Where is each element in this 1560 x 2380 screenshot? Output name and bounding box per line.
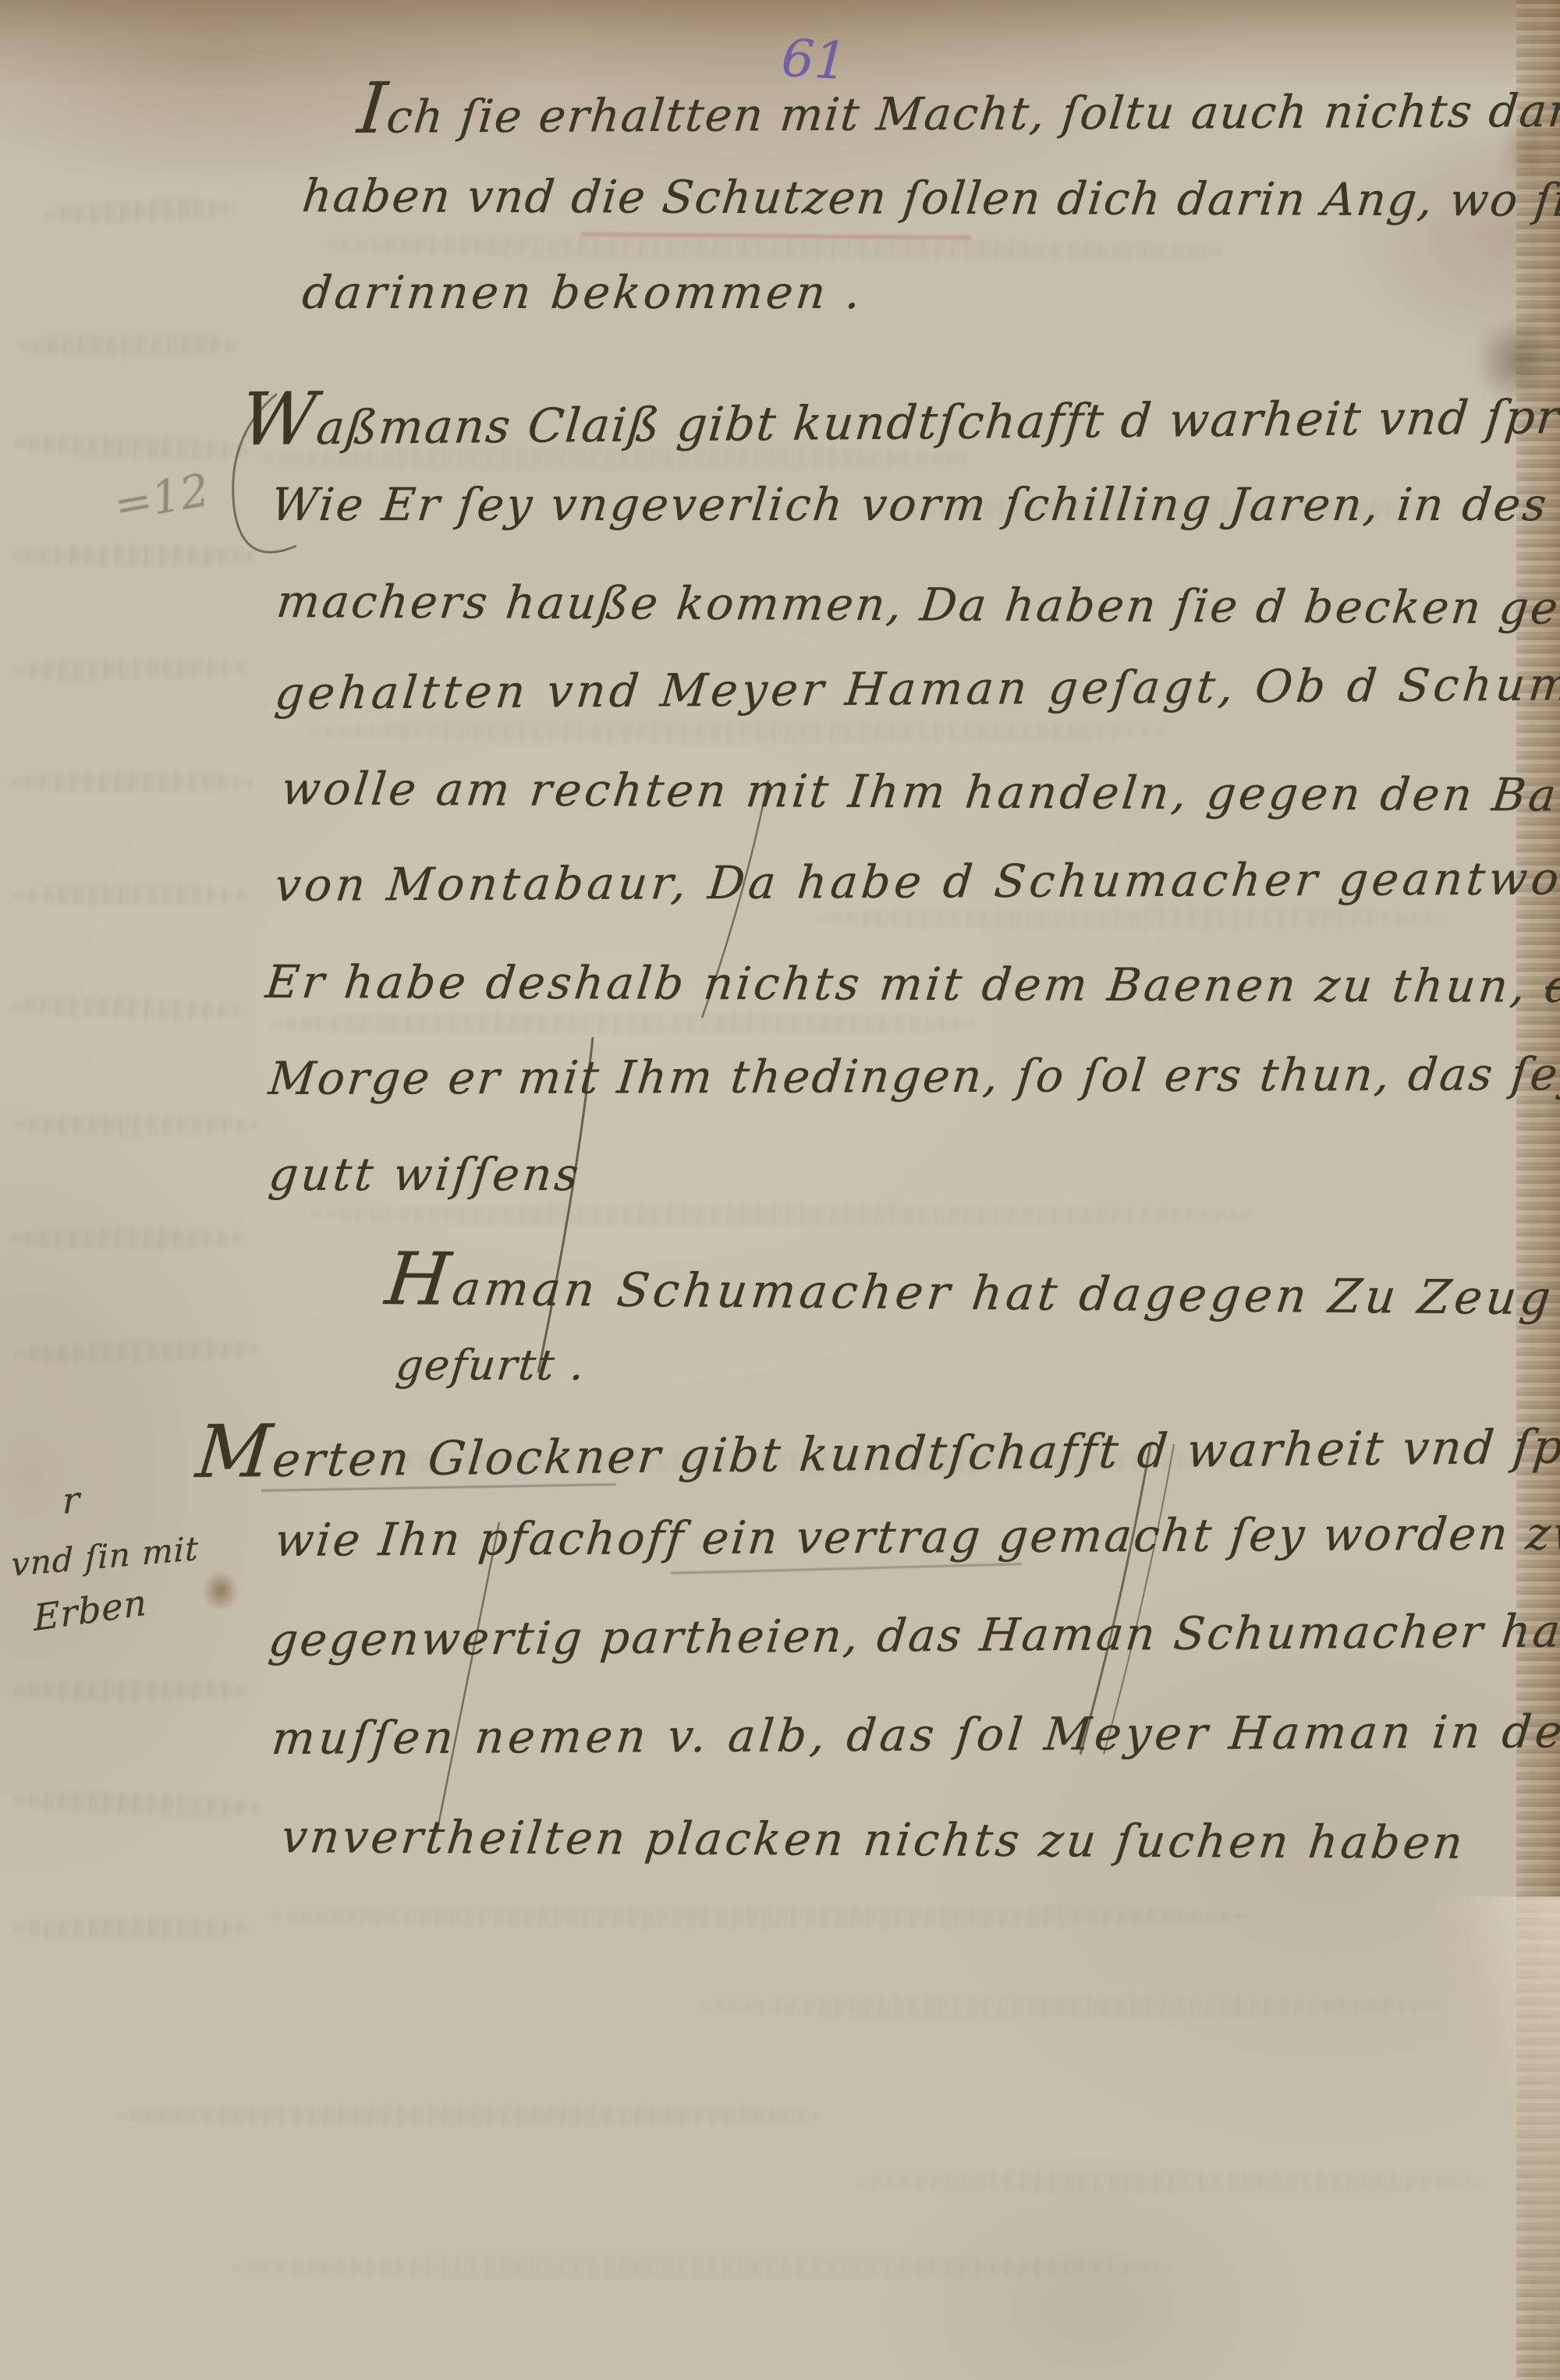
ink-blot-stain	[203, 1571, 239, 1611]
manuscript-text-line: machers hauße kommen, Da haben ſie d bec…	[275, 579, 1560, 632]
manuscript-text-line: wolle am rechten mit Ihm handeln, gegen …	[279, 766, 1560, 818]
bleedthrough-ghost-text	[312, 1205, 1248, 1225]
margin-insertion-mark: r	[62, 1481, 80, 1519]
manuscript-text-line: wie Ihn pfachoff ein vertrag gemacht ſey…	[273, 1510, 1560, 1563]
pencil-margin-number: =12	[110, 463, 213, 532]
manuscript-text-line: gehaltten vnd Meyer Haman geſagt, Ob d S…	[273, 661, 1560, 716]
manuscript-text-line: muſſen nemen v. alb, das ſol Meyer Haman…	[270, 1709, 1560, 1761]
manuscript-text-line: Morge er mit Ihm thedingen, ſo ſol ers t…	[267, 1051, 1560, 1101]
bleedthrough-ghost-text	[117, 2106, 819, 2126]
manuscript-text-line: gegenwertig partheien, das Haman Schumac…	[267, 1606, 1560, 1663]
bleedthrough-ghost-text	[16, 1338, 258, 1365]
manuscript-text-line: gutt wiſſens	[267, 1152, 583, 1197]
bleedthrough-ghost-text	[819, 908, 1443, 929]
manuscript-text-line: von Montabaur, Da habe d Schumacher gean…	[273, 855, 1560, 908]
manuscript-text-line: gefurtt .	[394, 1344, 588, 1387]
manuscript-page: 61 =12 Ich ſie erhaltten mit Macht, ſolt…	[0, 0, 1560, 2380]
bleedthrough-ghost-text	[47, 198, 235, 225]
bleedthrough-ghost-text	[16, 1115, 257, 1135]
bleedthrough-ghost-text	[16, 433, 250, 461]
manuscript-text-line: vnvertheilten placken nichts zu ſuchen h…	[279, 1814, 1468, 1865]
bleedthrough-ghost-text	[16, 657, 250, 681]
bleedthrough-ghost-text	[273, 1907, 1248, 1927]
manuscript-text-line: Waßmans Claiß gibt kundtſchafft d warhei…	[238, 371, 1560, 456]
ink-flourish	[0, 0, 1560, 2380]
manuscript-text-line: Ich ſie erhaltten mit Macht, ſoltu auch …	[355, 67, 1560, 145]
bottom-right-corner-curl	[1435, 1897, 1560, 2380]
bleedthrough-ghost-text	[234, 2258, 1170, 2278]
bleedthrough-ghost-text	[702, 1996, 1443, 2017]
bleedthrough-ghost-text	[858, 2172, 1482, 2192]
bleedthrough-ghost-text	[16, 1918, 250, 1939]
manuscript-text-line: Er habe deshalb nichts mit dem Baenen zu…	[264, 959, 1560, 1010]
bleedthrough-ghost-text	[273, 1014, 975, 1034]
bleedthrough-ghost-text	[12, 1228, 246, 1248]
bleedthrough-ghost-text	[12, 772, 253, 792]
bleedthrough-ghost-text	[312, 721, 1170, 742]
manuscript-text-line: haben vnd die Schutzen ſollen dich darin…	[300, 173, 1560, 223]
bleedthrough-ghost-text	[12, 995, 246, 1022]
bleedthrough-ghost-text	[19, 335, 238, 356]
manuscript-text-line: Haman Schumacher hat dagegen Zu Zeug	[382, 1243, 1559, 1326]
bleedthrough-ghost-text	[328, 235, 1225, 261]
manuscript-text-line: Wie Er ſey vngeverlich vorm ſchilling Ja…	[269, 482, 1560, 527]
struck-through-word: das ſey	[1543, 960, 1560, 1014]
bleedthrough-ghost-text	[16, 1681, 250, 1701]
manuscript-text-line: Merten Glockner gibt kundtſchafft d warh…	[193, 1401, 1560, 1489]
bleedthrough-ghost-text	[12, 546, 253, 566]
line-text: Er habe deshalb nichts mit dem Baenen zu…	[263, 955, 1531, 1013]
manuscript-text-line: darinnen bekommen .	[300, 270, 866, 315]
bleedthrough-ghost-text	[16, 885, 250, 905]
margin-note-line: vnd ſin mit	[11, 1532, 199, 1581]
bleedthrough-ghost-text	[16, 1790, 258, 1819]
pencil-underline	[671, 1563, 1022, 1574]
margin-note-line: Erben	[33, 1584, 147, 1636]
